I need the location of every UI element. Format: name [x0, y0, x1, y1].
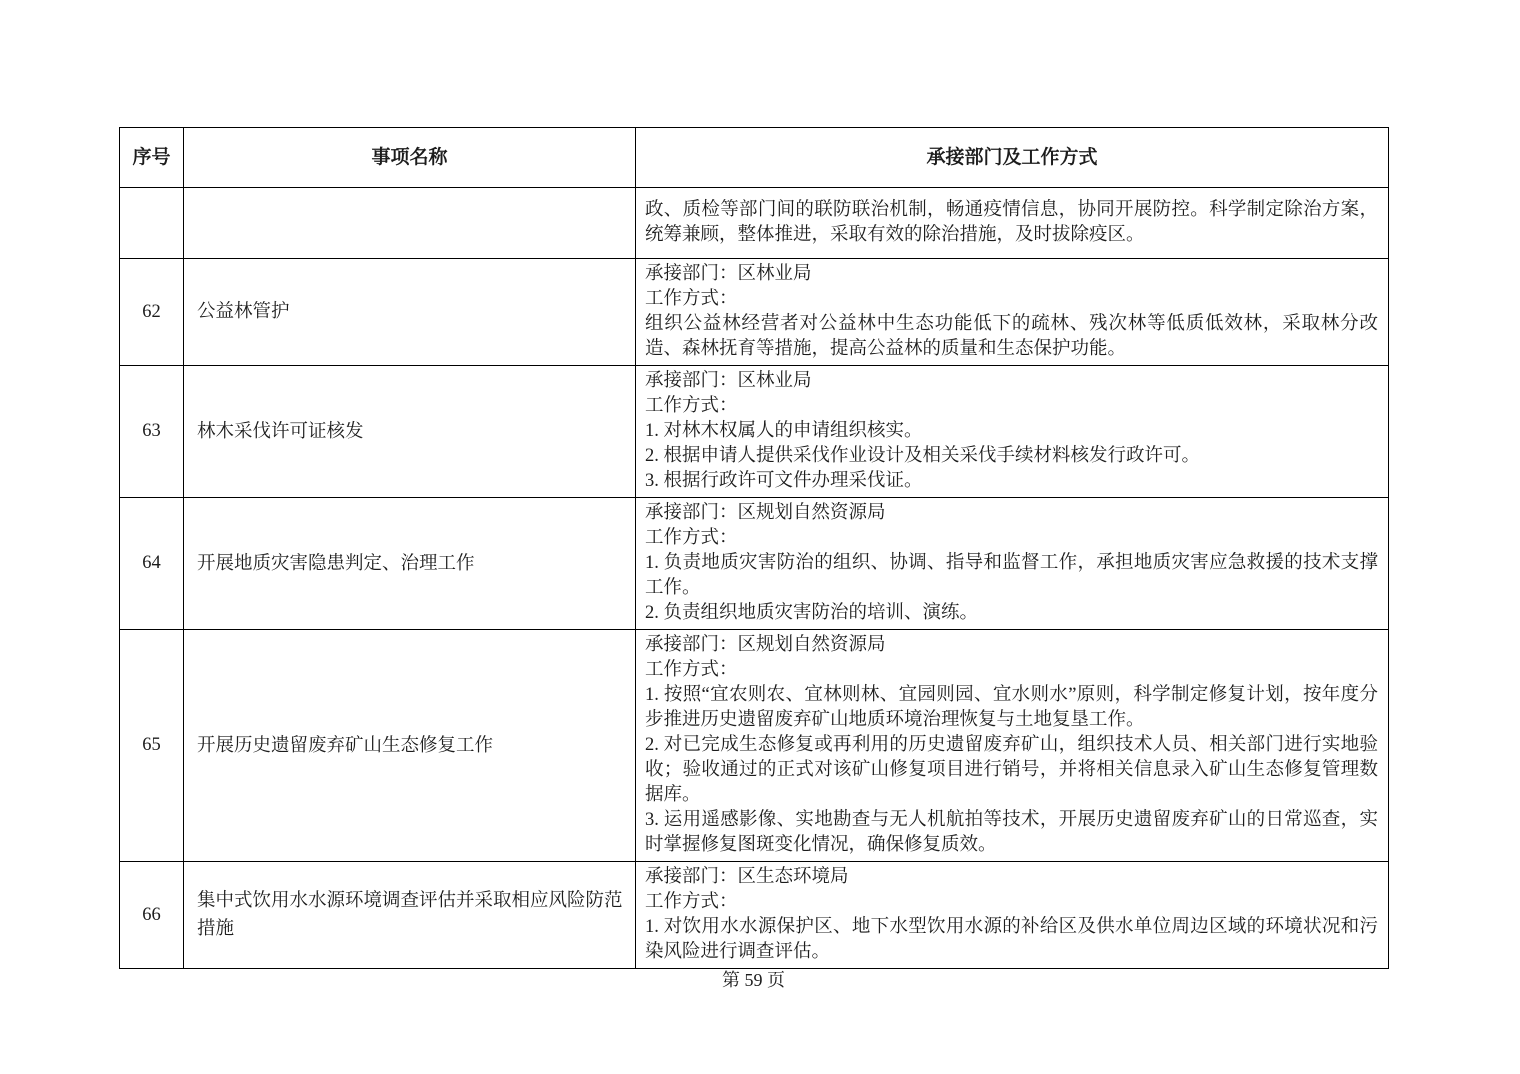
item-name-cell	[184, 188, 636, 259]
detail-line: 承接部门：区规划自然资源局	[645, 501, 1378, 526]
detail-line: 2. 负责组织地质灾害防治的培训、演练。	[645, 601, 1378, 626]
detail-line: 工作方式：	[645, 287, 1378, 312]
detail-line: 3. 运用遥感影像、实地勘查与无人机航拍等技术，开展历史遗留废弃矿山的日常巡查，…	[645, 808, 1378, 858]
page-number: 第 59 页	[119, 968, 1388, 992]
item-name-cell: 集中式饮用水水源环境调查评估并采取相应风险防范措施	[184, 862, 636, 969]
detail-line: 1. 对林木权属人的申请组织核实。	[645, 419, 1378, 444]
table-header-row: 序号 事项名称 承接部门及工作方式	[120, 128, 1389, 188]
detail-line: 工作方式：	[645, 890, 1378, 915]
table-row: 64 开展地质灾害隐患判定、治理工作 承接部门：区规划自然资源局 工作方式： 1…	[120, 498, 1389, 630]
item-name-cell: 开展地质灾害隐患判定、治理工作	[184, 498, 636, 630]
table-row: 62 公益林管护 承接部门：区林业局 工作方式： 组织公益林经营者对公益林中生态…	[120, 259, 1389, 366]
row-number-cell: 66	[120, 862, 184, 969]
service-items-table: 序号 事项名称 承接部门及工作方式 政、质检等部门间的联防联治机制，畅通疫情信息…	[119, 127, 1389, 969]
row-number-cell: 62	[120, 259, 184, 366]
detail-cell: 承接部门：区规划自然资源局 工作方式： 1. 负责地质灾害防治的组织、协调、指导…	[636, 498, 1389, 630]
detail-line: 工作方式：	[645, 526, 1378, 551]
column-header-number: 序号	[120, 128, 184, 188]
item-name-cell: 林木采伐许可证核发	[184, 366, 636, 498]
column-header-department-method: 承接部门及工作方式	[636, 128, 1389, 188]
row-number-cell: 65	[120, 630, 184, 862]
detail-line: 组织公益林经营者对公益林中生态功能低下的疏林、残次林等低质低效林，采取林分改造、…	[645, 312, 1378, 362]
item-name-cell: 开展历史遗留废弃矿山生态修复工作	[184, 630, 636, 862]
item-name-cell: 公益林管护	[184, 259, 636, 366]
detail-line: 1. 对饮用水水源保护区、地下水型饮用水源的补给区及供水单位周边区域的环境状况和…	[645, 915, 1378, 965]
detail-line: 承接部门：区林业局	[645, 369, 1378, 394]
document-page: 序号 事项名称 承接部门及工作方式 政、质检等部门间的联防联治机制，畅通疫情信息…	[0, 0, 1520, 1074]
detail-line: 2. 根据申请人提供采伐作业设计及相关采伐手续材料核发行政许可。	[645, 444, 1378, 469]
table-row: 政、质检等部门间的联防联治机制，畅通疫情信息，协同开展防控。科学制定除治方案，统…	[120, 188, 1389, 259]
row-number-cell: 63	[120, 366, 184, 498]
table-row: 65 开展历史遗留废弃矿山生态修复工作 承接部门：区规划自然资源局 工作方式： …	[120, 630, 1389, 862]
detail-cell: 承接部门：区林业局 工作方式： 1. 对林木权属人的申请组织核实。 2. 根据申…	[636, 366, 1389, 498]
detail-cell: 政、质检等部门间的联防联治机制，畅通疫情信息，协同开展防控。科学制定除治方案，统…	[636, 188, 1389, 259]
detail-line: 承接部门：区林业局	[645, 262, 1378, 287]
row-number-cell	[120, 188, 184, 259]
table-row: 66 集中式饮用水水源环境调查评估并采取相应风险防范措施 承接部门：区生态环境局…	[120, 862, 1389, 969]
detail-line: 工作方式：	[645, 658, 1378, 683]
detail-line: 1. 负责地质灾害防治的组织、协调、指导和监督工作，承担地质灾害应急救援的技术支…	[645, 551, 1378, 601]
detail-line: 承接部门：区生态环境局	[645, 865, 1378, 890]
detail-cell: 承接部门：区生态环境局 工作方式： 1. 对饮用水水源保护区、地下水型饮用水源的…	[636, 862, 1389, 969]
detail-line: 政、质检等部门间的联防联治机制，畅通疫情信息，协同开展防控。科学制定除治方案，统…	[645, 198, 1378, 248]
detail-line: 1. 按照“宜农则农、宜林则林、宜园则园、宜水则水”原则，科学制定修复计划，按年…	[645, 683, 1378, 733]
table-row: 63 林木采伐许可证核发 承接部门：区林业局 工作方式： 1. 对林木权属人的申…	[120, 366, 1389, 498]
detail-line: 2. 对已完成生态修复或再利用的历史遗留废弃矿山，组织技术人员、相关部门进行实地…	[645, 733, 1378, 808]
detail-line: 3. 根据行政许可文件办理采伐证。	[645, 469, 1378, 494]
detail-cell: 承接部门：区规划自然资源局 工作方式： 1. 按照“宜农则农、宜林则林、宜园则园…	[636, 630, 1389, 862]
column-header-item-name: 事项名称	[184, 128, 636, 188]
row-number-cell: 64	[120, 498, 184, 630]
detail-line: 承接部门：区规划自然资源局	[645, 633, 1378, 658]
detail-line: 工作方式：	[645, 394, 1378, 419]
detail-cell: 承接部门：区林业局 工作方式： 组织公益林经营者对公益林中生态功能低下的疏林、残…	[636, 259, 1389, 366]
